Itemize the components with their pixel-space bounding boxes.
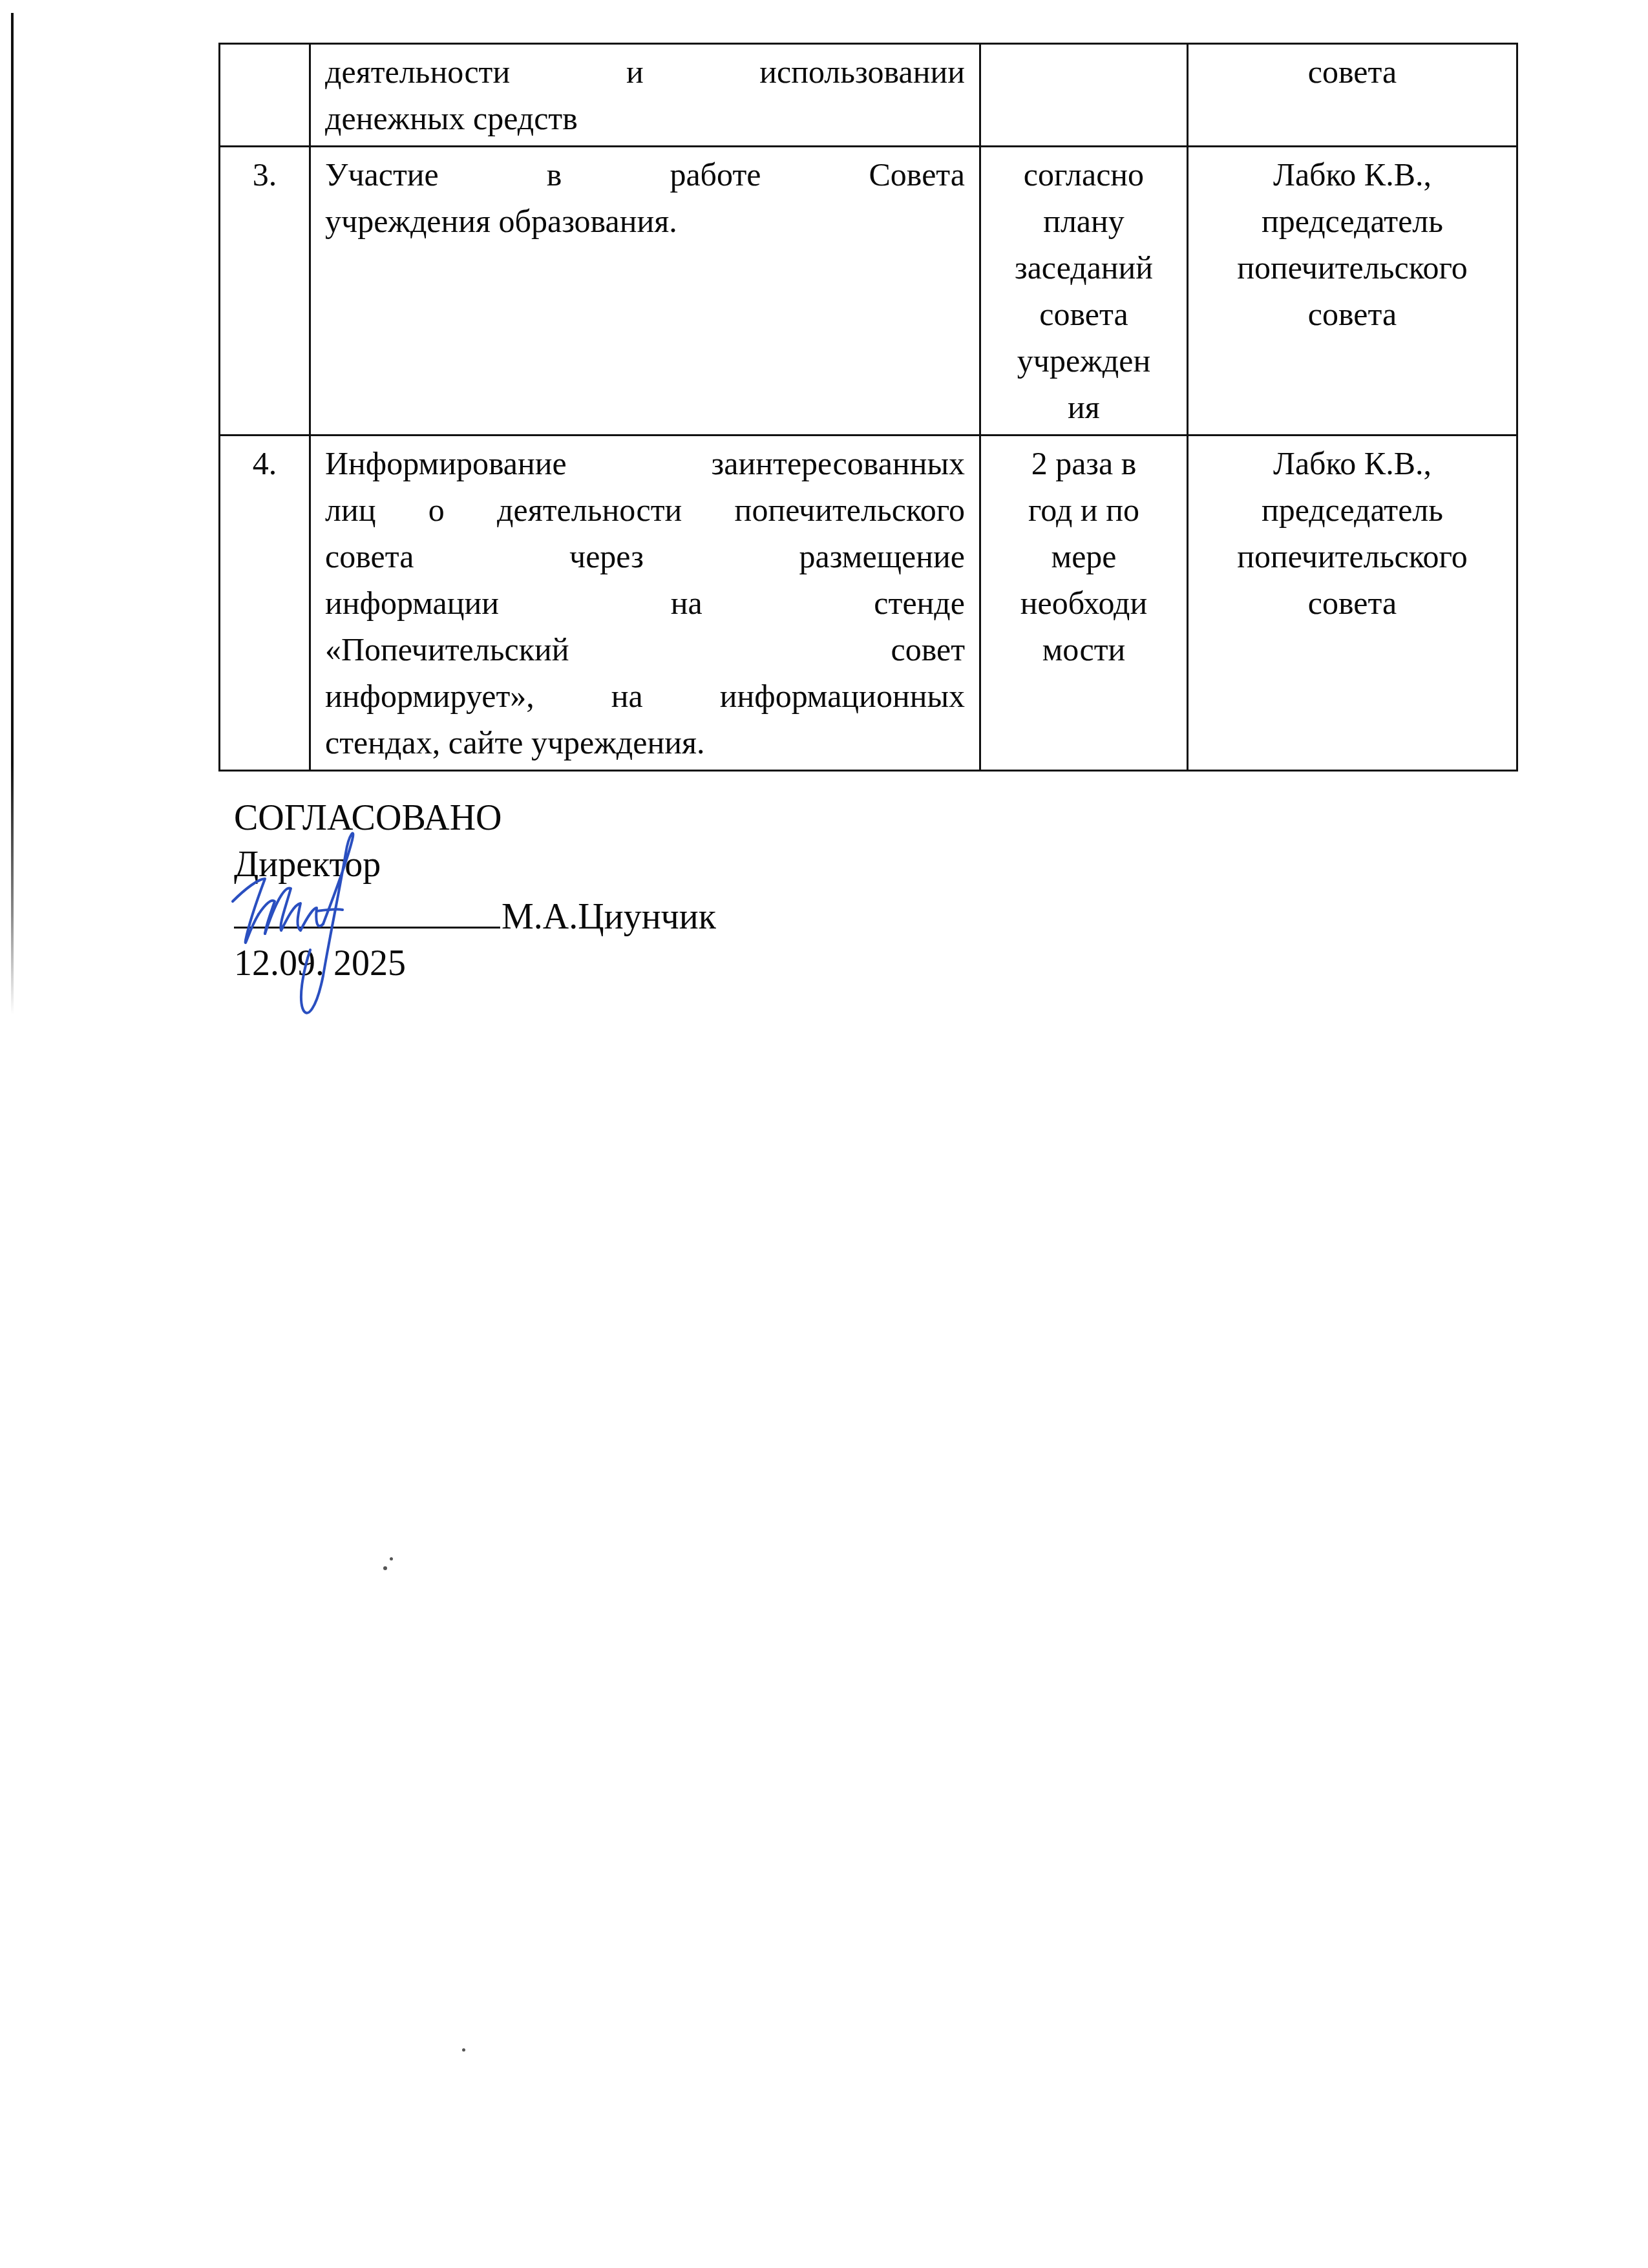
scan-edge-line — [11, 13, 14, 1014]
responsible-line: совета — [1203, 580, 1502, 626]
term-line: мере — [995, 533, 1172, 580]
responsible-line: председатель — [1203, 198, 1502, 244]
event-line: Информирование заинтересованных — [325, 440, 965, 487]
event-line: деятельности и использовании — [325, 48, 965, 95]
term-line: совета — [995, 291, 1172, 337]
term-line: плану — [995, 198, 1172, 244]
term-line: 2 раза в — [995, 440, 1172, 487]
event-line: денежных средств — [325, 95, 965, 142]
term-cell: согласно плану заседаний совета учрежден… — [980, 147, 1188, 436]
event-line: совета через размещение — [325, 533, 965, 580]
table-row-3: 3. Участие в работе Совета учреждения об… — [220, 147, 1517, 436]
scan-speck — [462, 2048, 465, 2052]
table-row-4: 4. Информирование заинтересованных лиц о… — [220, 436, 1517, 771]
approval-heading: СОГЛАСОВАНО — [234, 795, 716, 841]
approver-position: Директор — [234, 841, 716, 888]
event-line: Участие в работе Совета — [325, 151, 965, 198]
responsible-line: председатель — [1203, 487, 1502, 533]
term-line: ия — [995, 384, 1172, 430]
responsible-line: Лабко К.В., — [1203, 440, 1502, 487]
event-line: информации на стенде — [325, 580, 965, 626]
event-line: учреждения образования. — [325, 198, 965, 244]
term-line: необходи — [995, 580, 1172, 626]
row-number-cell — [220, 44, 310, 147]
approver-name: М.А.Циунчик — [502, 897, 716, 937]
term-line: согласно — [995, 151, 1172, 198]
term-line: заседаний — [995, 244, 1172, 291]
plan-table: деятельности и использовании денежных ср… — [218, 43, 1518, 772]
term-cell: 2 раза в год и по мере необходи мости — [980, 436, 1188, 771]
approval-block: СОГЛАСОВАНО Директор М.А.Циунчик 12.09. … — [234, 795, 716, 987]
responsible-cell: совета — [1188, 44, 1517, 147]
responsible-line: Лабко К.В., — [1203, 151, 1502, 198]
row-number-cell: 3. — [220, 147, 310, 436]
responsible-line: совета — [1203, 48, 1502, 95]
approval-date: 12.09. 2025 — [234, 940, 716, 987]
term-line: учрежден — [995, 337, 1172, 384]
table-row-continued: деятельности и использовании денежных ср… — [220, 44, 1517, 147]
term-cell — [980, 44, 1188, 147]
event-line: стендах, сайте учреждения. — [325, 719, 965, 766]
scan-speck — [390, 1557, 393, 1560]
row-number-cell: 4. — [220, 436, 310, 771]
responsible-line: попечительского — [1203, 533, 1502, 580]
event-cell: Информирование заинтересованных лиц о де… — [310, 436, 980, 771]
responsible-cell: Лабко К.В., председатель попечительского… — [1188, 436, 1517, 771]
term-line: год и по — [995, 487, 1172, 533]
signature-row: М.А.Циунчик — [234, 888, 716, 940]
event-line: лиц о деятельности попечительского — [325, 487, 965, 533]
responsible-cell: Лабко К.В., председатель попечительского… — [1188, 147, 1517, 436]
responsible-line: совета — [1203, 291, 1502, 337]
event-cell: Участие в работе Совета учреждения образ… — [310, 147, 980, 436]
event-line: «Попечительский совет — [325, 626, 965, 673]
scan-speck — [383, 1566, 387, 1570]
signature-line — [234, 888, 500, 929]
event-cell: деятельности и использовании денежных ср… — [310, 44, 980, 147]
event-line: информирует», на информационных — [325, 673, 965, 719]
term-line: мости — [995, 626, 1172, 673]
responsible-line: попечительского — [1203, 244, 1502, 291]
